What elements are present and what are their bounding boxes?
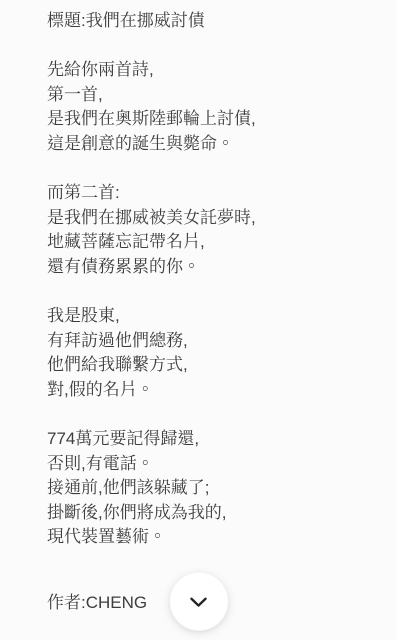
poem-line: 對,假的名片。 [47,378,369,403]
app-screen: { "colors": { "background": "#fbfbfb", "… [0,0,397,640]
poem-paragraph: 先給你兩首詩,第一首,是我們在奧斯陸郵輪上討債,這是創意的誕生與斃命。 [47,58,369,156]
poem-paragraph: 774萬元要記得歸還,否則,有電話。接通前,他們該躲藏了;掛斷後,你們將成為我的… [47,427,369,550]
poem-line: 774萬元要記得歸還, [47,427,369,452]
poem-line: 還有債務累累的你。 [47,255,369,280]
poem-paragraphs: 先給你兩首詩,第一首,是我們在奧斯陸郵輪上討債,這是創意的誕生與斃命。而第二首:… [47,58,369,550]
poem-line: 有拜訪過他們總務, [47,329,369,354]
poem-line: 他們給我聯繫方式, [47,353,369,378]
poem-line: 地藏菩薩忘記帶名片, [47,230,369,255]
poem-line: 而第二首: [47,181,369,206]
update-detail-screen: 標題:我們在挪威討債 先給你兩首詩,第一首,是我們在奧斯陸郵輪上討債,這是創意的… [0,0,397,640]
poem-paragraph: 而第二首:是我們在挪威被美女託夢時,地藏菩薩忘記帶名片,還有債務累累的你。 [47,181,369,279]
poem-line: 否則,有電話。 [47,452,369,477]
poem-line: 現代裝置藝術。 [47,525,369,550]
poem-line: 是我們在奧斯陸郵輪上討債, [47,107,369,132]
collapse-button[interactable] [169,572,228,631]
poem-paragraph: 我是股東,有拜訪過他們總務,他們給我聯繫方式,對,假的名片。 [47,304,369,402]
poem-article: 標題:我們在挪威討債 先給你兩首詩,第一首,是我們在奧斯陸郵輪上討債,這是創意的… [0,0,397,616]
poem-line: 是我們在挪威被美女託夢時, [47,206,369,231]
poem-line: 先給你兩首詩, [47,58,369,83]
poem-line: 第一首, [47,83,369,108]
poem-line: 掛斷後,你們將成為我的, [47,501,369,526]
article-title-line: 標題:我們在挪威討債 [47,9,369,34]
poem-line: 這是創意的誕生與斃命。 [47,132,369,157]
poem-line: 接通前,他們該躲藏了; [47,476,369,501]
chevron-down-icon [186,589,212,615]
poem-line: 我是股東, [47,304,369,329]
